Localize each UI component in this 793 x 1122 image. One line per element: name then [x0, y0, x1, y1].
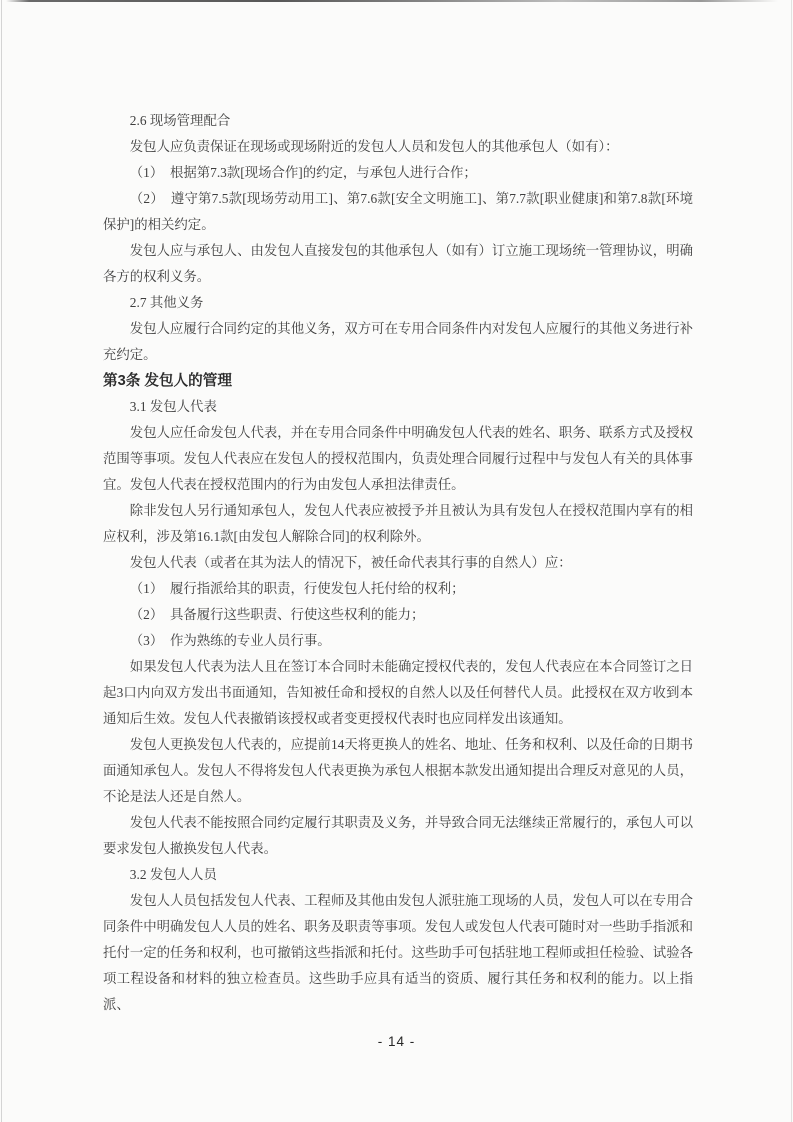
paragraph-representative-replacement: 发包人更换发包人代表的，应提前14天将更换人的姓名、地址、任务和权利、以及任命的… — [103, 732, 693, 810]
clause-3-2-title: 3.2 发包人人员 — [103, 862, 693, 888]
list-item-representative-duty-3: （3） 作为熟练的专业人员行事。 — [103, 628, 693, 654]
list-item-site-cooperation-1: （1） 根据第7.3款[现场合作]的约定，与承包人进行合作； — [103, 160, 693, 186]
paragraph-site-cooperation-intro: 发包人应负责保证在现场或现场附近的发包人人员和发包人的其他承包人（如有）： — [103, 134, 693, 160]
list-item-representative-duty-2: （2） 具备履行这些职责、行使这些权利的能力； — [103, 602, 693, 628]
list-item-site-cooperation-2: （2） 遵守第7.5款[现场劳动用工]、第7.6款[安全文明施工]、第7.7款[… — [103, 186, 693, 238]
paragraph-legal-person-representative: 如果发包人代表为法人且在签订本合同时未能确定授权代表的，发包人代表应在本合同签订… — [103, 654, 693, 732]
paragraph-representative-appointment: 发包人应任命发包人代表，并在专用合同条件中明确发包人代表的姓名、职务、联系方式及… — [103, 420, 693, 498]
paragraph-other-obligations: 发包人应履行合同约定的其他义务，双方可在专用合同条件内对发包人应履行的其他义务进… — [103, 316, 693, 368]
page-number: - 14 - — [378, 1034, 416, 1049]
scan-edge-right-artifact — [791, 0, 792, 1122]
scan-edge-top-artifact — [6, 0, 778, 2]
paragraph-unified-site-management: 发包人应与承包人、由发包人直接发包的其他承包人（如有）订立施工现场统一管理协议，… — [103, 238, 693, 290]
paragraph-representative-authority: 除非发包人另行通知承包人，发包人代表应被授予并且被认为具有发包人在授权范围内享有… — [103, 498, 693, 550]
clause-3-1-title: 3.1 发包人代表 — [103, 394, 693, 420]
list-item-representative-duty-1: （1） 履行指派给其的职责，行使发包人托付给的权利； — [103, 576, 693, 602]
contract-body: 2.6 现场管理配合 发包人应负责保证在现场或现场附近的发包人人员和发包人的其他… — [103, 108, 693, 1018]
clause-2-7-title: 2.7 其他义务 — [103, 290, 693, 316]
clause-2-6-title: 2.6 现场管理配合 — [103, 108, 693, 134]
paragraph-representative-removal: 发包人代表不能按照合同约定履行其职责及义务，并导致合同无法继续正常履行的，承包人… — [103, 810, 693, 862]
article-3-heading: 第3条 发包人的管理 — [103, 368, 693, 394]
page-footer: - 14 - — [0, 1034, 793, 1049]
scan-edge-left-artifact — [1, 0, 2, 1122]
paragraph-representative-duties-intro: 发包人代表（或者在其为法人的情况下，被任命代表其行事的自然人）应： — [103, 550, 693, 576]
paragraph-employer-personnel: 发包人人员包括发包人代表、工程师及其他由发包人派驻施工现场的人员，发包人可以在专… — [103, 888, 693, 1018]
